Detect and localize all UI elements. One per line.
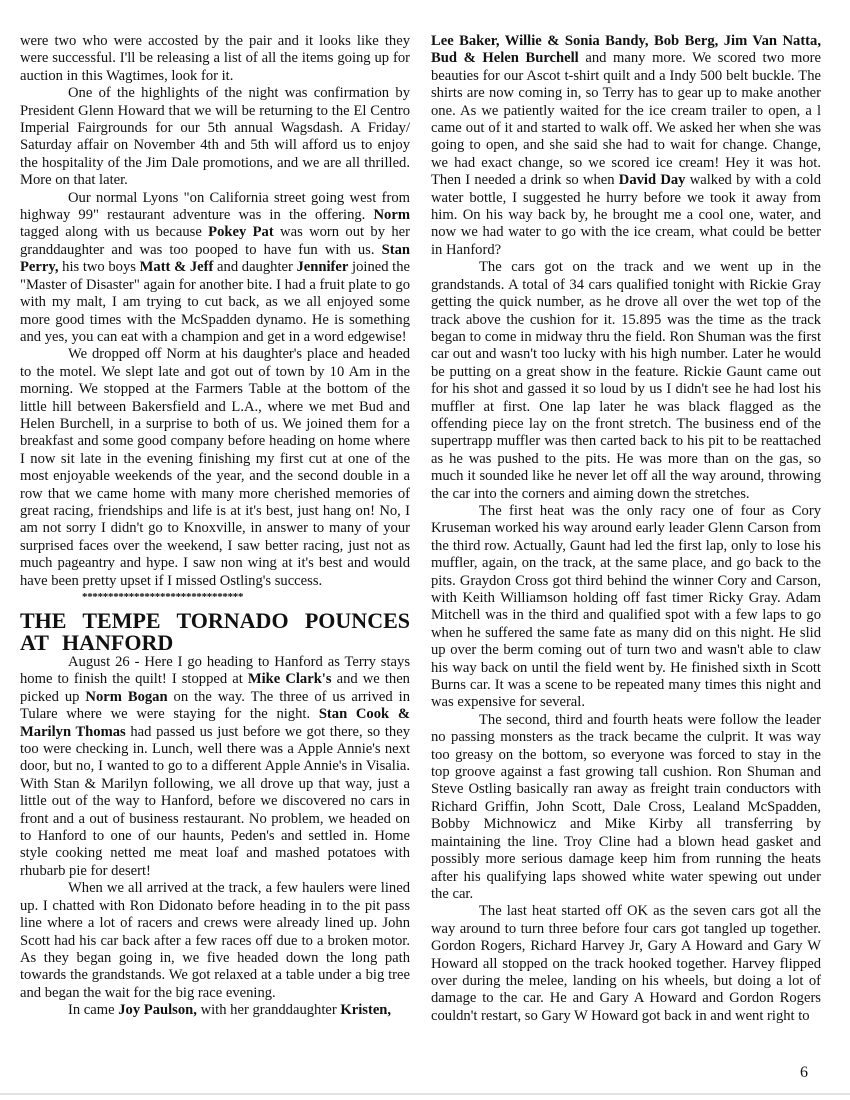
bold-name: Kristen, (340, 1002, 391, 1018)
body-paragraph: In came Joy Paulson, with her granddaugh… (20, 1002, 410, 1019)
bold-name: Pokey Pat (208, 224, 274, 240)
scan-edge-rule (0, 1093, 850, 1095)
article-headline: THE TEMPE TORNADO POUNCES AT HANFORD (20, 610, 410, 654)
body-paragraph: were two who were accosted by the pair a… (20, 33, 410, 85)
newsletter-page: were two who were accosted by the pair a… (0, 0, 850, 1100)
left-column: were two who were accosted by the pair a… (20, 33, 410, 1020)
left-paragraphs: were two who were accosted by the pair a… (20, 33, 410, 590)
bold-name: Joy Paulson, (118, 1002, 197, 1018)
body-paragraph: Lee Baker, Willie & Sonia Bandy, Bob Ber… (431, 33, 821, 259)
body-paragraph: The first heat was the only racy one of … (431, 503, 821, 712)
body-paragraph: We dropped off Norm at his daughter's pl… (20, 346, 410, 590)
body-paragraph: When we all arrived at the track, a few … (20, 880, 410, 1002)
right-paragraphs: Lee Baker, Willie & Sonia Bandy, Bob Ber… (431, 33, 821, 1025)
body-paragraph: The last heat started off OK as the seve… (431, 903, 821, 1025)
body-paragraph: The cars got on the track and we went up… (431, 259, 821, 503)
body-paragraph: The second, third and fourth heats were … (431, 712, 821, 903)
bold-name: Norm Bogan (85, 689, 167, 705)
body-paragraph: One of the highlights of the night was c… (20, 85, 410, 189)
article-paragraphs: August 26 - Here I go heading to Hanford… (20, 654, 410, 1020)
bold-name: Jennifer (297, 259, 349, 275)
section-separator: ******************************* (20, 590, 410, 604)
bold-name: Stan Cook & Marilyn Thomas (20, 706, 410, 739)
bold-name: Lee Baker, Willie & Sonia Bandy, Bob Ber… (431, 33, 821, 66)
bold-name: Stan Perry, (20, 242, 410, 275)
right-column: Lee Baker, Willie & Sonia Bandy, Bob Ber… (431, 33, 821, 1025)
page-number: 6 (800, 1064, 808, 1082)
bold-name: Mike Clark's (248, 671, 332, 687)
body-paragraph: August 26 - Here I go heading to Hanford… (20, 654, 410, 880)
bold-name: Matt & Jeff (140, 259, 214, 275)
bold-name: Norm (374, 207, 410, 223)
body-paragraph: Our normal Lyons "on California street g… (20, 190, 410, 347)
bold-name: David Day (619, 172, 686, 188)
